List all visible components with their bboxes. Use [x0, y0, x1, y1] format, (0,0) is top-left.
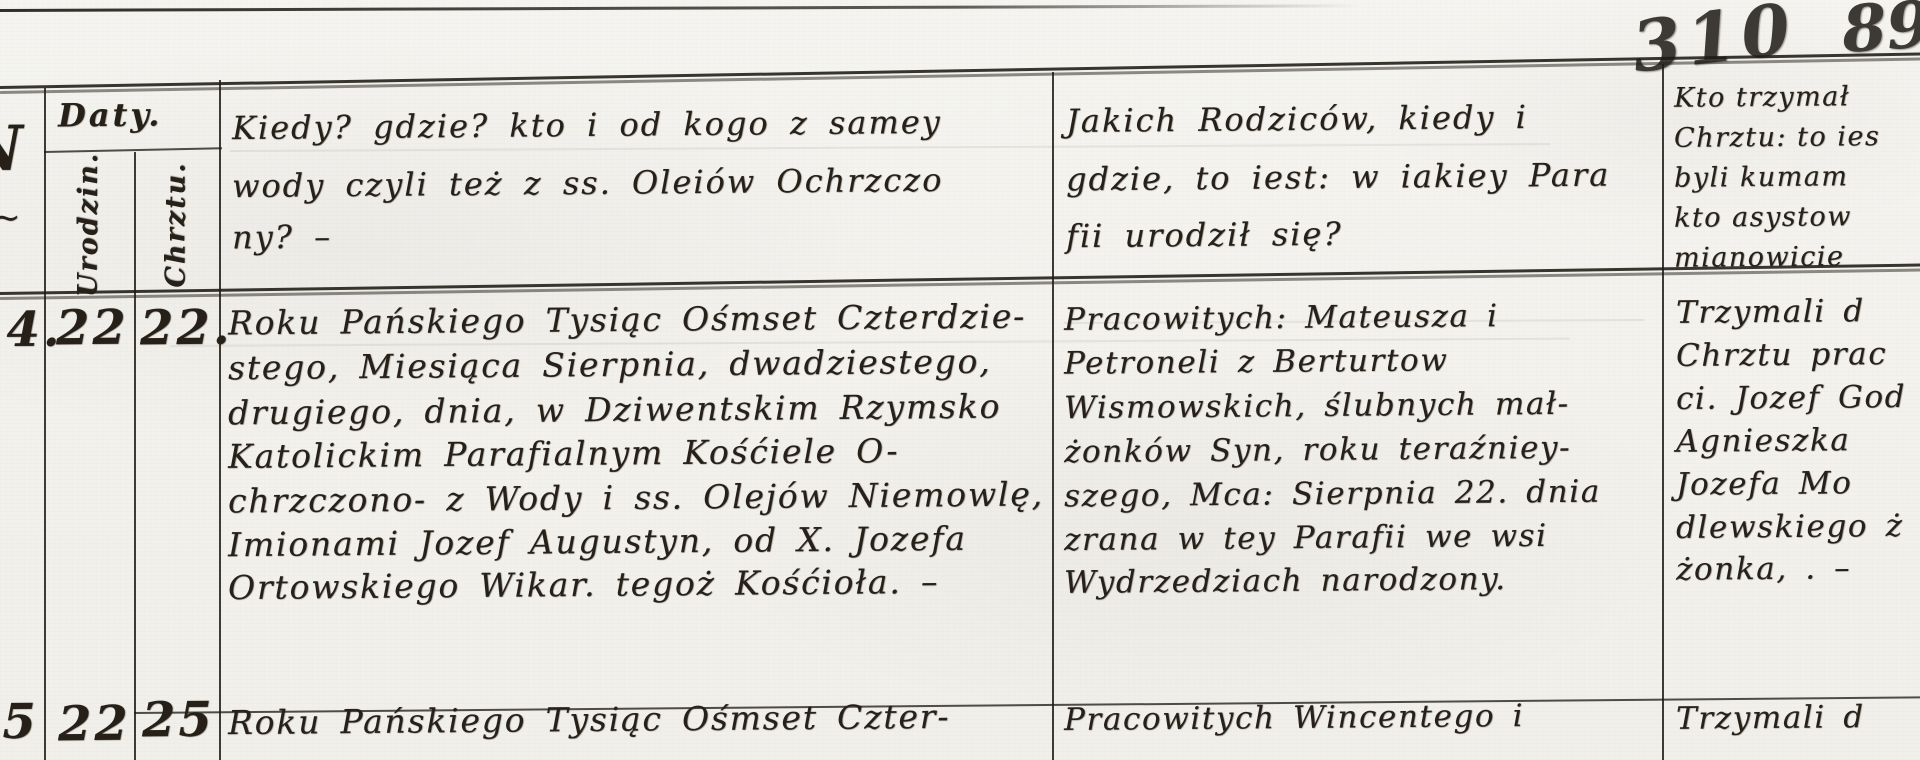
table-rule-vertical-parents-godparents	[1662, 64, 1664, 760]
record-baptism-day: 22.	[140, 300, 233, 357]
header-question-godparents-line: Kto trzymał	[1674, 81, 1850, 114]
godparents-entry-line: Trzymali d	[1676, 293, 1865, 331]
margin-squiggle-fragment: ~	[0, 198, 21, 238]
header-col-urodzin: Urodzin.	[44, 158, 134, 290]
header-question-godparents-line: byli kumam	[1674, 161, 1849, 194]
parents-entry-line: zrana w tey Parafii we wsi	[1064, 518, 1548, 558]
record-baptism-day: 25	[142, 692, 215, 749]
baptism-entry-line: Katolickim Parafialnym Kośćiele O-	[228, 431, 900, 476]
table-rule-vertical-dates-baptism	[219, 80, 221, 760]
header-col-urodzin-label: Urodzin.	[74, 151, 105, 296]
parents-entry-line: Pracowitych Wincentego i	[1064, 698, 1524, 738]
record-birth-day: 22	[56, 300, 129, 357]
table-rule-horizontal-header-top	[0, 52, 1920, 89]
baptism-entry-line: Roku Pańskiego Tysiąc Ośmset Czterdzie-	[228, 297, 1026, 343]
godparents-entry-line: Chrztu prac	[1676, 336, 1888, 374]
baptism-entry-line: Ortowskiego Wikar. tegoż Kośćioła. –	[228, 562, 940, 607]
parents-entry-line: żonków Syn, roku teraźniey-	[1064, 430, 1571, 470]
header-daty-label: Daty.	[58, 96, 163, 135]
table-rule-vertical-baptism-parents	[1052, 72, 1054, 760]
godparents-entry-line: Trzymali d	[1676, 699, 1865, 737]
baptism-entry-line: Imionami Jozef Augustyn, od X. Jozefa	[228, 519, 967, 564]
record-number-fragment: 25	[0, 694, 39, 751]
table-rule-horizontal-daty-underline	[44, 147, 222, 153]
baptism-entry-line: drugiego, dnia, w Dziwentskim Rzymsko	[228, 387, 1001, 433]
parents-entry-line: Petroneli z Berturtow	[1064, 342, 1449, 381]
godparents-entry-line: Agnieszka	[1676, 422, 1851, 460]
godparents-entry-line: Jozefa Mo	[1676, 465, 1853, 503]
header-question-parents-line: Jakich Rodziców, kiedy i	[1066, 98, 1528, 140]
header-question-godparents-line: kto asystow	[1674, 201, 1852, 234]
parents-entry-line: Pracowitych: Mateusza i	[1064, 298, 1499, 338]
baptism-entry-line: Roku Pańskiego Tysiąc Ośmset Czter-	[228, 697, 951, 742]
header-question-godparents-line: mianowicie	[1674, 241, 1845, 273]
page-number-pencil-secondary: 89	[1839, 0, 1920, 68]
godparents-entry-line: żonka, . –	[1676, 550, 1851, 588]
record-birth-day: 22	[58, 696, 131, 753]
header-question-baptism-line: Kiedy? gdzie? kto i od kogo z samey	[232, 103, 942, 147]
table-rule-horizontal-row-divider-top	[0, 263, 1920, 295]
page-number-pencil: 310	[1628, 0, 1801, 89]
register-page-scan: 310 89 N ~ Daty. Urodzin. Chrztu. Kiedy?…	[0, 0, 1920, 760]
table-rule-horizontal-page-top	[0, 4, 1360, 12]
header-question-parents-line: fii urodził się?	[1066, 215, 1343, 255]
baptism-entry-line: chrzczono- z Wody i ss. Olejów Niemowlę,	[228, 474, 1044, 520]
margin-column-header-fragment: N	[0, 112, 23, 185]
header-question-baptism-line: wody czyli też z ss. Oleiów Ochrzczo	[232, 161, 944, 205]
header-question-godparents-line: Chrztu: to ies	[1674, 121, 1881, 154]
parents-entry-line: Wismowskich, ślubnych mał-	[1064, 386, 1570, 426]
header-col-chrztu-label: Chrztu.	[161, 161, 192, 287]
parents-entry-line: Wydrzedziach narodzony.	[1064, 561, 1507, 601]
header-col-chrztu: Chrztu.	[134, 158, 219, 290]
godparents-entry-line: dlewskiego ż	[1676, 508, 1904, 546]
header-question-baptism-line: ny? –	[232, 218, 332, 257]
parents-entry-line: szego, Mca: Sierpnia 22. dnia	[1064, 474, 1601, 515]
baptism-entry-line: stego, Miesiąca Sierpnia, dwadziestego,	[228, 342, 992, 388]
header-question-parents-line: gdzie, to iest: w iakiey Para	[1066, 156, 1611, 199]
godparents-entry-line: ci. Jozef God	[1676, 379, 1906, 417]
record-number-fragment: 14.	[0, 302, 63, 359]
